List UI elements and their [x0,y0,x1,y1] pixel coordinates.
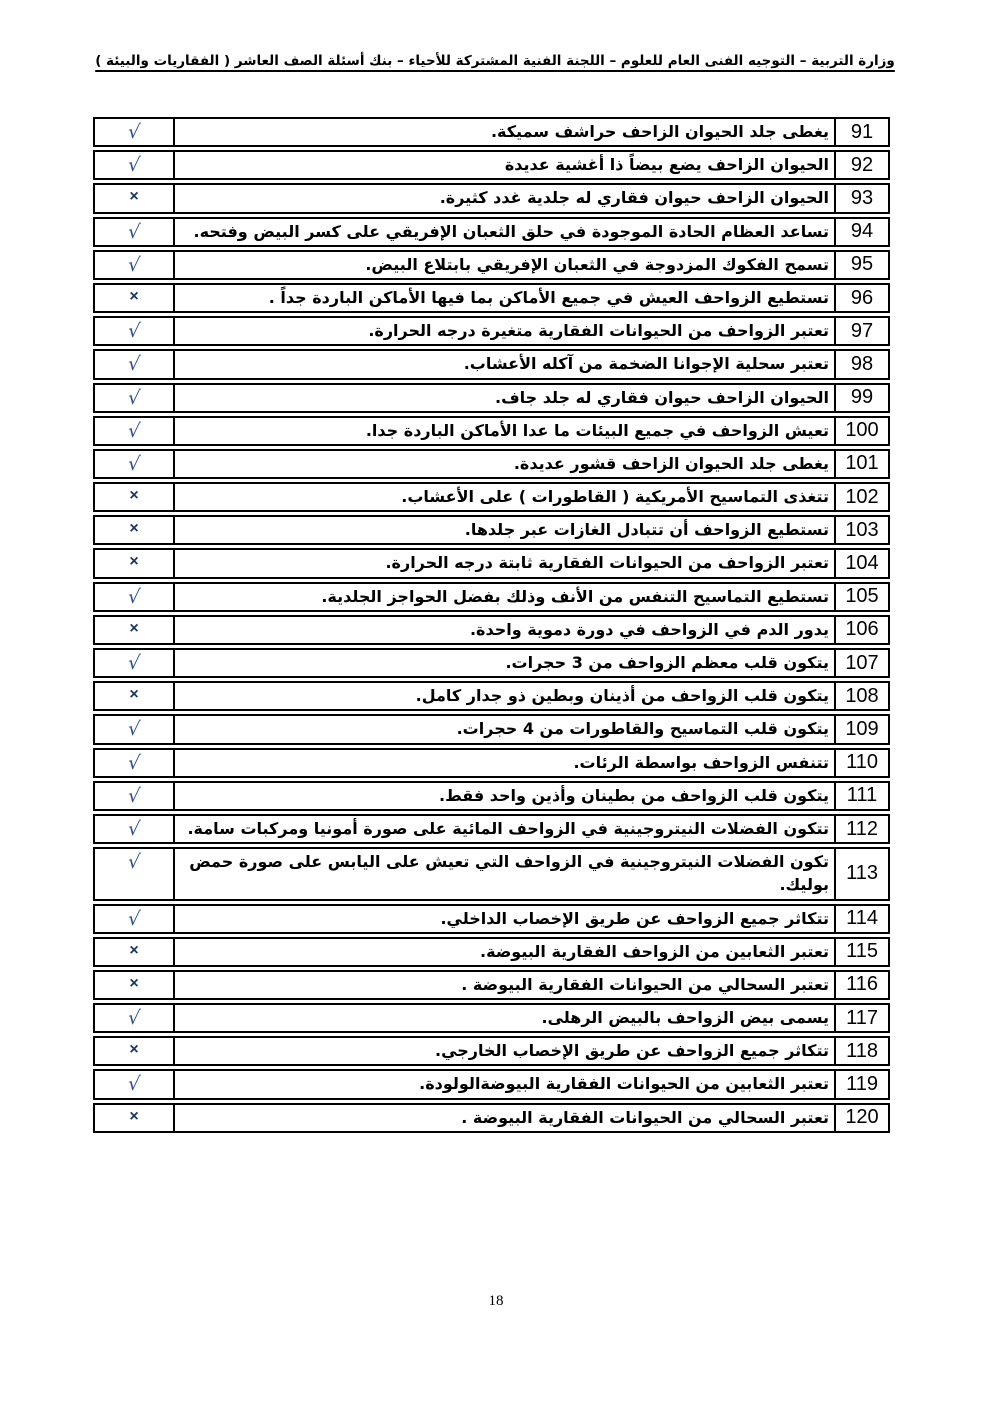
document-header: وزارة التربية – التوجيه الفنى العام للعل… [50,50,940,69]
answer-mark-cell: √ [95,152,173,178]
question-text-cell: تتنفس الزواحف بواسطة الرئات. [173,750,834,776]
question-text: تتكاثر جميع الزواحف عن طريق الإخصاب الدا… [440,907,829,930]
question-text-cell: الحيوان الزاحف حيوان فقاري له جلد جاف. [173,385,834,411]
question-number-cell: 114 [834,906,888,932]
question-text-cell: تعيش الزواحف في جميع البيئات ما عدا الأم… [173,418,834,444]
question-number-cell: 97 [834,318,888,344]
question-number: 107 [845,652,878,675]
table-row: 96 تستطيع الزواحف العيش في جميع الأماكن … [93,283,890,313]
table-row: 101 يغطى جلد الحيوان الزاحف قشور عديدة. … [93,449,890,479]
question-text: يتكون قلب التماسيح والقاطورات من 4 حجرات… [457,717,829,740]
question-text: تتغذى التماسيح الأمريكية ( القاطورات ) ع… [401,485,829,508]
question-number-cell: 100 [834,418,888,444]
answer-mark-cell: √ [95,119,173,145]
question-text-cell: تتكاثر جميع الزواحف عن طريق الإخصاب الخا… [173,1038,834,1064]
question-text: تتكون الفضلات النيتروجينية في الزواحف ال… [187,817,829,840]
question-text-cell: يتكون قلب الزواحف من أذينان وبطين ذو جدا… [173,683,834,709]
question-text: تتنفس الزواحف بواسطة الرئات. [573,751,829,774]
answer-mark-cell: × [95,517,173,543]
answer-mark: √ [127,908,142,931]
question-number: 102 [845,486,878,509]
answer-mark-cell: × [95,285,173,311]
question-text: يتكون قلب الزواحف من بطينان وأذين واحد ف… [439,784,829,807]
answer-mark-cell: × [95,484,173,510]
answer-mark: √ [127,121,142,144]
question-number-cell: 98 [834,351,888,377]
answer-mark: √ [127,718,142,741]
question-number: 103 [845,519,878,542]
question-text-cell: تسمح الفكوك المزدوجة في الثعبان الإفريقي… [173,252,834,278]
question-number: 97 [851,320,873,343]
question-text: تعتبر السحالي من الحيوانات الفقارية البي… [461,1106,829,1129]
answer-mark-cell: √ [95,451,173,477]
question-text: الحيوان الزاحف يضع بيضاً ذا أغشية عديدة [505,153,829,176]
question-text: تعتبر الثعابين من الزواحف الفقارية البيو… [480,940,829,963]
question-text: تستطيع الزواحف أن تتبادل الغازات عبر جلد… [465,518,829,541]
answer-mark-cell: √ [95,219,173,245]
question-text: يسمى بيض الزواحف بالبيض الرهلى. [541,1006,829,1029]
question-number: 110 [846,751,878,774]
question-number: 108 [845,685,878,708]
answer-mark-cell: × [95,1038,173,1064]
table-row: 105 تستطيع التماسيح التنفس من الأنف وذلك… [93,582,890,612]
question-text: تعتبر الثعابين من الحيوانات الفقارية الب… [419,1072,829,1095]
answer-mark-cell: √ [95,385,173,411]
question-number-cell: 101 [834,451,888,477]
question-number-cell: 91 [834,119,888,145]
question-text: تعتبر سحلية الإجوانا الضخمة من آكله الأع… [464,352,829,375]
answer-mark-cell: √ [95,351,173,377]
question-number: 116 [846,973,878,996]
question-number-cell: 103 [834,517,888,543]
question-text-cell: يتكون قلب معظم الزواحف من 3 حجرات. [173,650,834,676]
question-text-cell: تعتبر الزواحف من الحيوانات الفقارية متغي… [173,318,834,344]
table-row: 103 تستطيع الزواحف أن تتبادل الغازات عبر… [93,515,890,545]
answer-mark: √ [127,353,142,376]
question-table: 91 يغطى جلد الحيوان الزاحف حراشف سميكة. … [93,117,890,1136]
question-number-cell: 109 [834,716,888,742]
question-number: 101 [845,452,878,475]
table-row: 104 تعتبر الزواحف من الحيوانات الفقارية … [93,548,890,578]
answer-mark-cell: × [95,972,173,998]
table-row: 107 يتكون قلب معظم الزواحف من 3 حجرات. √ [93,648,890,678]
question-number: 115 [846,940,878,963]
answer-mark: × [129,1040,138,1059]
question-text: تستطيع التماسيح التنفس من الأنف وذلك بفض… [321,585,829,608]
question-number: 105 [845,585,878,608]
answer-mark-cell: √ [95,252,173,278]
answer-mark: √ [127,387,142,410]
table-row: 117 يسمى بيض الزواحف بالبيض الرهلى. √ [93,1003,890,1033]
question-text-cell: تتكون الفضلات النيتروجينية في الزواحف ال… [173,816,834,842]
question-text-cell: يدور الدم في الزواحف في دورة دموية واحدة… [173,617,834,643]
question-number-cell: 106 [834,617,888,643]
question-number-cell: 107 [834,650,888,676]
table-row: 91 يغطى جلد الحيوان الزاحف حراشف سميكة. … [93,117,890,147]
question-number-cell: 105 [834,584,888,610]
answer-mark-cell: × [95,185,173,211]
answer-mark: √ [127,221,142,244]
question-text-cell: يغطى جلد الحيوان الزاحف حراشف سميكة. [173,119,834,145]
question-number-cell: 118 [834,1038,888,1064]
question-number-cell: 99 [834,385,888,411]
answer-mark: √ [127,586,142,609]
answer-mark: × [129,519,138,538]
answer-mark: × [129,685,138,704]
table-row: 109 يتكون قلب التماسيح والقاطورات من 4 ح… [93,714,890,744]
answer-mark-cell: × [95,683,173,709]
table-row: 119 تعتبر الثعابين من الحيوانات الفقارية… [93,1069,890,1099]
answer-mark-cell: √ [95,783,173,809]
answer-mark: √ [127,785,142,808]
question-number: 99 [851,386,873,409]
answer-mark-cell: √ [95,650,173,676]
question-number-cell: 113 [834,849,888,898]
answer-mark-cell: √ [95,418,173,444]
question-number-cell: 108 [834,683,888,709]
answer-mark-cell: × [95,617,173,643]
question-number-cell: 92 [834,152,888,178]
question-text-cell: تتكاثر جميع الزواحف عن طريق الإخصاب الدا… [173,906,834,932]
table-row: 94 تساعد العظام الحادة الموجودة في حلق ا… [93,217,890,247]
question-text: تستطيع الزواحف العيش في جميع الأماكن بما… [269,286,829,309]
question-text: يدور الدم في الزواحف في دورة دموية واحدة… [470,618,829,641]
question-text-cell: الحيوان الزاحف حيوان فقاري له جلدية غدد … [173,185,834,211]
question-text-cell: تكون الفضلات النيتروجينية في الزواحف الت… [173,849,834,898]
question-number-cell: 111 [834,783,888,809]
answer-mark-cell: √ [95,849,173,898]
question-number: 98 [851,353,873,376]
answer-mark-cell: √ [95,1071,173,1097]
question-number: 109 [845,718,878,741]
question-text: يغطى جلد الحيوان الزاحف حراشف سميكة. [491,120,829,143]
table-row: 116 تعتبر السحالي من الحيوانات الفقارية … [93,970,890,1000]
question-text: يغطى جلد الحيوان الزاحف قشور عديدة. [514,452,829,475]
table-row: 95 تسمح الفكوك المزدوجة في الثعبان الإفر… [93,250,890,280]
question-text: الحيوان الزاحف حيوان فقاري له جلد جاف. [495,386,829,409]
answer-mark: × [129,1107,138,1126]
question-number-cell: 95 [834,252,888,278]
question-number: 100 [845,419,878,442]
question-text-cell: تعتبر الثعابين من الزواحف الفقارية البيو… [173,939,834,965]
question-number-cell: 104 [834,550,888,576]
question-number-cell: 117 [834,1005,888,1031]
question-number: 111 [847,784,877,807]
table-row: 120 تعتبر السحالي من الحيوانات الفقارية … [93,1103,890,1133]
answer-mark-cell: √ [95,906,173,932]
question-text: الحيوان الزاحف حيوان فقاري له جلدية غدد … [440,186,829,209]
question-text: تعتبر الزواحف من الحيوانات الفقارية متغي… [368,319,829,342]
question-number-cell: 115 [834,939,888,965]
answer-mark-cell: √ [95,318,173,344]
table-row: 114 تتكاثر جميع الزواحف عن طريق الإخصاب … [93,904,890,934]
question-number: 92 [851,154,873,177]
answer-mark-cell: √ [95,716,173,742]
question-text-cell: تعتبر السحالي من الحيوانات الفقارية البي… [173,972,834,998]
question-number: 119 [846,1073,878,1096]
answer-mark-cell: × [95,1105,173,1131]
question-number: 113 [846,862,878,885]
question-number-cell: 116 [834,972,888,998]
question-text: يتكون قلب معظم الزواحف من 3 حجرات. [505,651,829,674]
table-row: 106 يدور الدم في الزواحف في دورة دموية و… [93,615,890,645]
question-text: يتكون قلب الزواحف من أذينان وبطين ذو جدا… [416,684,829,707]
answer-mark: × [129,619,138,638]
question-number: 95 [851,253,873,276]
question-number-cell: 112 [834,816,888,842]
table-row: 102 تتغذى التماسيح الأمريكية ( القاطورات… [93,482,890,512]
answer-mark-cell: × [95,550,173,576]
answer-mark: √ [127,320,142,343]
answer-mark: × [129,287,138,306]
answer-mark: × [129,941,138,960]
question-text: تساعد العظام الحادة الموجودة في حلق الثع… [193,220,829,243]
answer-mark-cell: √ [95,816,173,842]
header-title: وزارة التربية – التوجيه الفنى العام للعل… [95,53,895,69]
page-number: 18 [489,1293,504,1309]
question-text-cell: تعتبر سحلية الإجوانا الضخمة من آكله الأع… [173,351,834,377]
question-text-cell: تتغذى التماسيح الأمريكية ( القاطورات ) ع… [173,484,834,510]
question-number-cell: 110 [834,750,888,776]
question-text-cell: تساعد العظام الحادة الموجودة في حلق الثع… [173,219,834,245]
question-number: 93 [851,187,873,210]
question-number-cell: 93 [834,185,888,211]
question-number-cell: 96 [834,285,888,311]
table-row: 93 الحيوان الزاحف حيوان فقاري له جلدية غ… [93,183,890,213]
table-row: 118 تتكاثر جميع الزواحف عن طريق الإخصاب … [93,1036,890,1066]
question-number: 118 [846,1040,878,1063]
question-text-cell: يسمى بيض الزواحف بالبيض الرهلى. [173,1005,834,1031]
answer-mark: √ [127,154,142,177]
question-number: 117 [846,1007,878,1030]
answer-mark: × [129,552,138,571]
question-text-cell: تعتبر السحالي من الحيوانات الفقارية البي… [173,1105,834,1131]
answer-mark: √ [127,752,142,775]
answer-mark: √ [127,1073,142,1096]
answer-mark: √ [127,818,142,841]
table-row: 98 تعتبر سحلية الإجوانا الضخمة من آكله ا… [93,349,890,379]
answer-mark: √ [127,851,142,874]
question-text: تتكاثر جميع الزواحف عن طريق الإخصاب الخا… [435,1039,829,1062]
question-text-cell: الحيوان الزاحف يضع بيضاً ذا أغشية عديدة [173,152,834,178]
answer-mark: √ [127,453,142,476]
answer-mark: √ [127,254,142,277]
table-row: 108 يتكون قلب الزواحف من أذينان وبطين ذو… [93,681,890,711]
document-page: وزارة التربية – التوجيه الفنى العام للعل… [0,0,992,1403]
answer-mark: √ [127,420,142,443]
table-row: 100 تعيش الزواحف في جميع البيئات ما عدا … [93,416,890,446]
question-text-cell: تستطيع التماسيح التنفس من الأنف وذلك بفض… [173,584,834,610]
table-row: 92 الحيوان الزاحف يضع بيضاً ذا أغشية عدي… [93,150,890,180]
answer-mark: × [129,187,138,206]
table-row: 97 تعتبر الزواحف من الحيوانات الفقارية م… [93,316,890,346]
question-number: 91 [851,121,873,144]
answer-mark: × [129,974,138,993]
answer-mark: × [129,486,138,505]
answer-mark-cell: √ [95,1005,173,1031]
question-number: 94 [851,220,873,243]
answer-mark-cell: × [95,939,173,965]
table-row: 112 تتكون الفضلات النيتروجينية في الزواح… [93,814,890,844]
question-number-cell: 120 [834,1105,888,1131]
question-text-cell: تعتبر الثعابين من الحيوانات الفقارية الب… [173,1071,834,1097]
question-number-cell: 94 [834,219,888,245]
question-number-cell: 119 [834,1071,888,1097]
answer-mark: √ [127,652,142,675]
table-row: 115 تعتبر الثعابين من الزواحف الفقارية ا… [93,937,890,967]
question-text: تسمح الفكوك المزدوجة في الثعبان الإفريقي… [365,253,829,276]
question-text: تعتبر السحالي من الحيوانات الفقارية البي… [461,973,829,996]
question-text-cell: تستطيع الزواحف العيش في جميع الأماكن بما… [173,285,834,311]
table-row: 113 تكون الفضلات النيتروجينية في الزواحف… [93,847,890,900]
table-row: 110 تتنفس الزواحف بواسطة الرئات. √ [93,748,890,778]
question-number-cell: 102 [834,484,888,510]
question-text-cell: يتكون قلب الزواحف من بطينان وأذين واحد ف… [173,783,834,809]
question-number: 120 [845,1106,878,1129]
question-text-cell: يغطى جلد الحيوان الزاحف قشور عديدة. [173,451,834,477]
question-number: 106 [845,618,878,641]
question-text: تعتبر الزواحف من الحيوانات الفقارية ثابت… [385,551,829,574]
question-text-cell: تعتبر الزواحف من الحيوانات الفقارية ثابت… [173,550,834,576]
question-text-cell: يتكون قلب التماسيح والقاطورات من 4 حجرات… [173,716,834,742]
answer-mark-cell: √ [95,584,173,610]
question-text: تكون الفضلات النيتروجينية في الزواحف الت… [181,850,829,896]
question-number: 112 [846,818,878,841]
table-row: 111 يتكون قلب الزواحف من بطينان وأذين وا… [93,781,890,811]
question-number: 104 [845,552,878,575]
answer-mark: √ [127,1007,142,1030]
question-number: 114 [846,907,878,930]
question-text: تعيش الزواحف في جميع البيئات ما عدا الأم… [366,419,829,442]
question-text-cell: تستطيع الزواحف أن تتبادل الغازات عبر جلد… [173,517,834,543]
page-footer: 18 [0,1290,992,1310]
table-row: 99 الحيوان الزاحف حيوان فقاري له جلد جاف… [93,383,890,413]
answer-mark-cell: √ [95,750,173,776]
question-number: 96 [851,287,873,310]
